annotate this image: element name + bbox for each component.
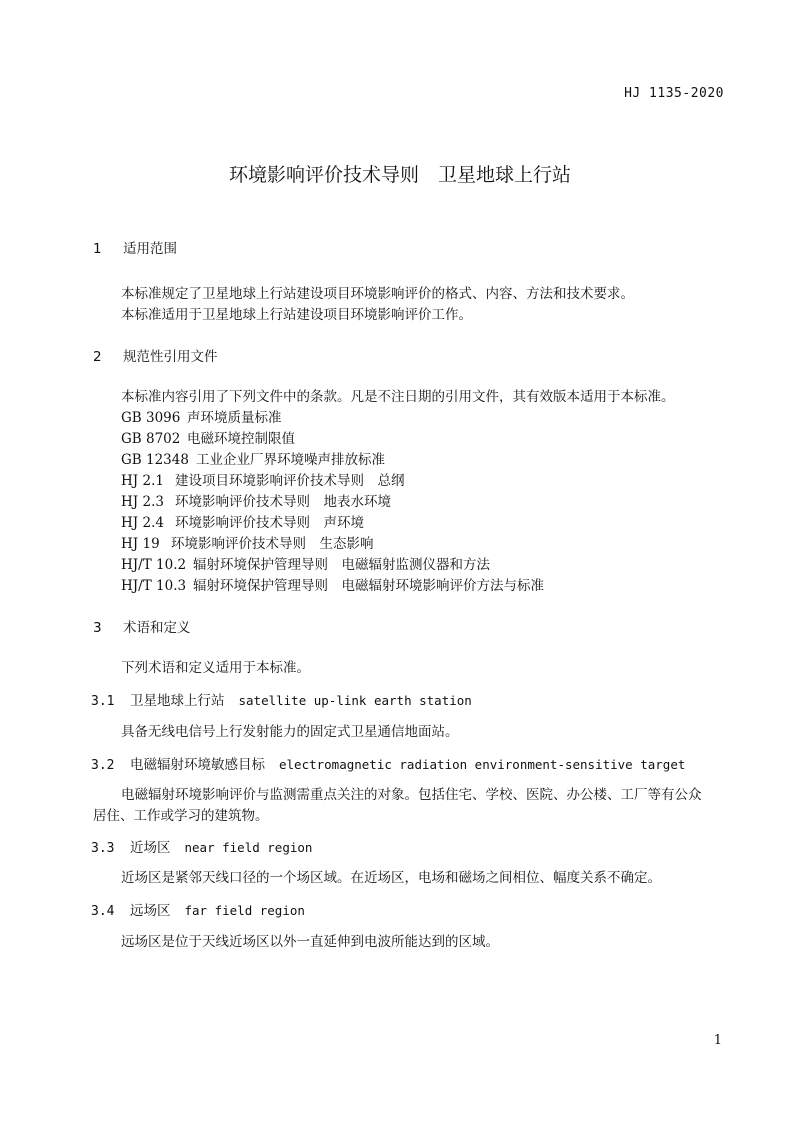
reference-code: HJ 2.4 [121,515,175,531]
term-definition: 近场区是紧邻天线口径的一个场区域。在近场区，电场和磁场之间相位、幅度关系不确定。 [121,866,661,886]
reference-name: 声环境质量标准 [187,410,282,426]
term-definition-continued: 居住、工作或学习的建筑物。 [93,804,269,824]
reference-name: 环境影响评价技术导则 生态影响 [171,536,374,552]
reference-code: HJ/T 10.2 [121,557,193,573]
reference-item: HJ 2.4环境影响评价技术导则 声环境 [121,511,364,531]
reference-name: 环境影响评价技术导则 声环境 [175,515,364,531]
term-english: near field region [185,840,313,855]
section-title: 规范性引用文件 [123,349,218,365]
term-name: 卫星地球上行站 [130,693,225,709]
term-heading-3-1: 3.1卫星地球上行站satellite up-link earth statio… [91,689,472,709]
term-english: satellite up-link earth station [239,693,472,708]
term-heading-3-3: 3.3近场区near field region [91,836,312,856]
reference-item: GB 3096声环境质量标准 [121,406,282,426]
reference-code: GB 12348 [121,452,196,468]
reference-name: 建设项目环境影响评价技术导则 总纲 [175,473,405,489]
term-definition: 远场区是位于天线近场区以外一直延伸到电波所能达到的区域。 [121,930,499,950]
reference-name: 电磁环境控制限值 [187,431,295,447]
term-english: electromagnetic radiation environment-se… [279,757,685,772]
reference-code: HJ/T 10.3 [121,578,193,594]
reference-name: 辐射环境保护管理导则 电磁辐射监测仪器和方法 [193,557,490,573]
term-definition: 具备无线电信号上行发射能力的固定式卫星通信地面站。 [121,720,459,740]
section-number: 1 [93,241,123,257]
reference-code: GB 3096 [121,410,187,426]
reference-item: HJ/T 10.2辐射环境保护管理导则 电磁辐射监测仪器和方法 [121,553,490,573]
reference-item: GB 8702电磁环境控制限值 [121,427,295,447]
reference-name: 工业企业厂界环境噪声排放标准 [196,452,385,468]
reference-code: GB 8702 [121,431,187,447]
reference-code: HJ 2.1 [121,473,175,489]
section-title: 术语和定义 [123,620,191,636]
paragraph: 本标准内容引用了下列文件中的条款。凡是不注日期的引用文件，其有效版本适用于本标准… [121,385,675,405]
term-number: 3.1 [91,694,130,709]
reference-item: HJ/T 10.3辐射环境保护管理导则 电磁辐射环境影响评价方法与标准 [121,574,544,594]
reference-code: HJ 19 [121,536,171,552]
document-title: 环境影响评价技术导则 卫星地球上行站 [0,160,800,187]
section-3-heading: 3术语和定义 [93,616,191,636]
section-number: 3 [93,620,123,636]
term-number: 3.3 [91,841,130,856]
reference-name: 环境影响评价技术导则 地表水环境 [175,494,391,510]
reference-code: HJ 2.3 [121,494,175,510]
term-number: 3.2 [91,758,130,773]
paragraph: 下列术语和定义适用于本标准。 [121,656,310,676]
paragraph: 本标准规定了卫星地球上行站建设项目环境影响评价的格式、内容、方法和技术要求。 [121,282,634,302]
term-heading-3-4: 3.4远场区far field region [91,899,305,919]
section-title: 适用范围 [123,241,177,257]
page-number: 1 [714,1033,722,1048]
paragraph: 本标准适用于卫星地球上行站建设项目环境影响评价工作。 [121,303,472,323]
term-name: 电磁辐射环境敏感目标 [130,757,265,773]
standard-code: HJ 1135-2020 [624,86,724,101]
term-english: far field region [185,903,305,918]
reference-item: HJ 2.1建设项目环境影响评价技术导则 总纲 [121,469,405,489]
term-heading-3-2: 3.2电磁辐射环境敏感目标electromagnetic radiation e… [91,753,685,773]
reference-item: GB 12348工业企业厂界环境噪声排放标准 [121,448,385,468]
reference-name: 辐射环境保护管理导则 电磁辐射环境影响评价方法与标准 [193,578,544,594]
term-number: 3.4 [91,904,130,919]
term-name: 近场区 [130,840,171,856]
section-number: 2 [93,349,123,365]
reference-item: HJ 19环境影响评价技术导则 生态影响 [121,532,374,552]
section-1-heading: 1适用范围 [93,237,177,257]
term-definition: 电磁辐射环境影响评价与监测需重点关注的对象。包括住宅、学校、医院、办公楼、工厂等… [121,783,702,803]
reference-item: HJ 2.3环境影响评价技术导则 地表水环境 [121,490,391,510]
section-2-heading: 2规范性引用文件 [93,345,218,365]
term-name: 远场区 [130,903,171,919]
